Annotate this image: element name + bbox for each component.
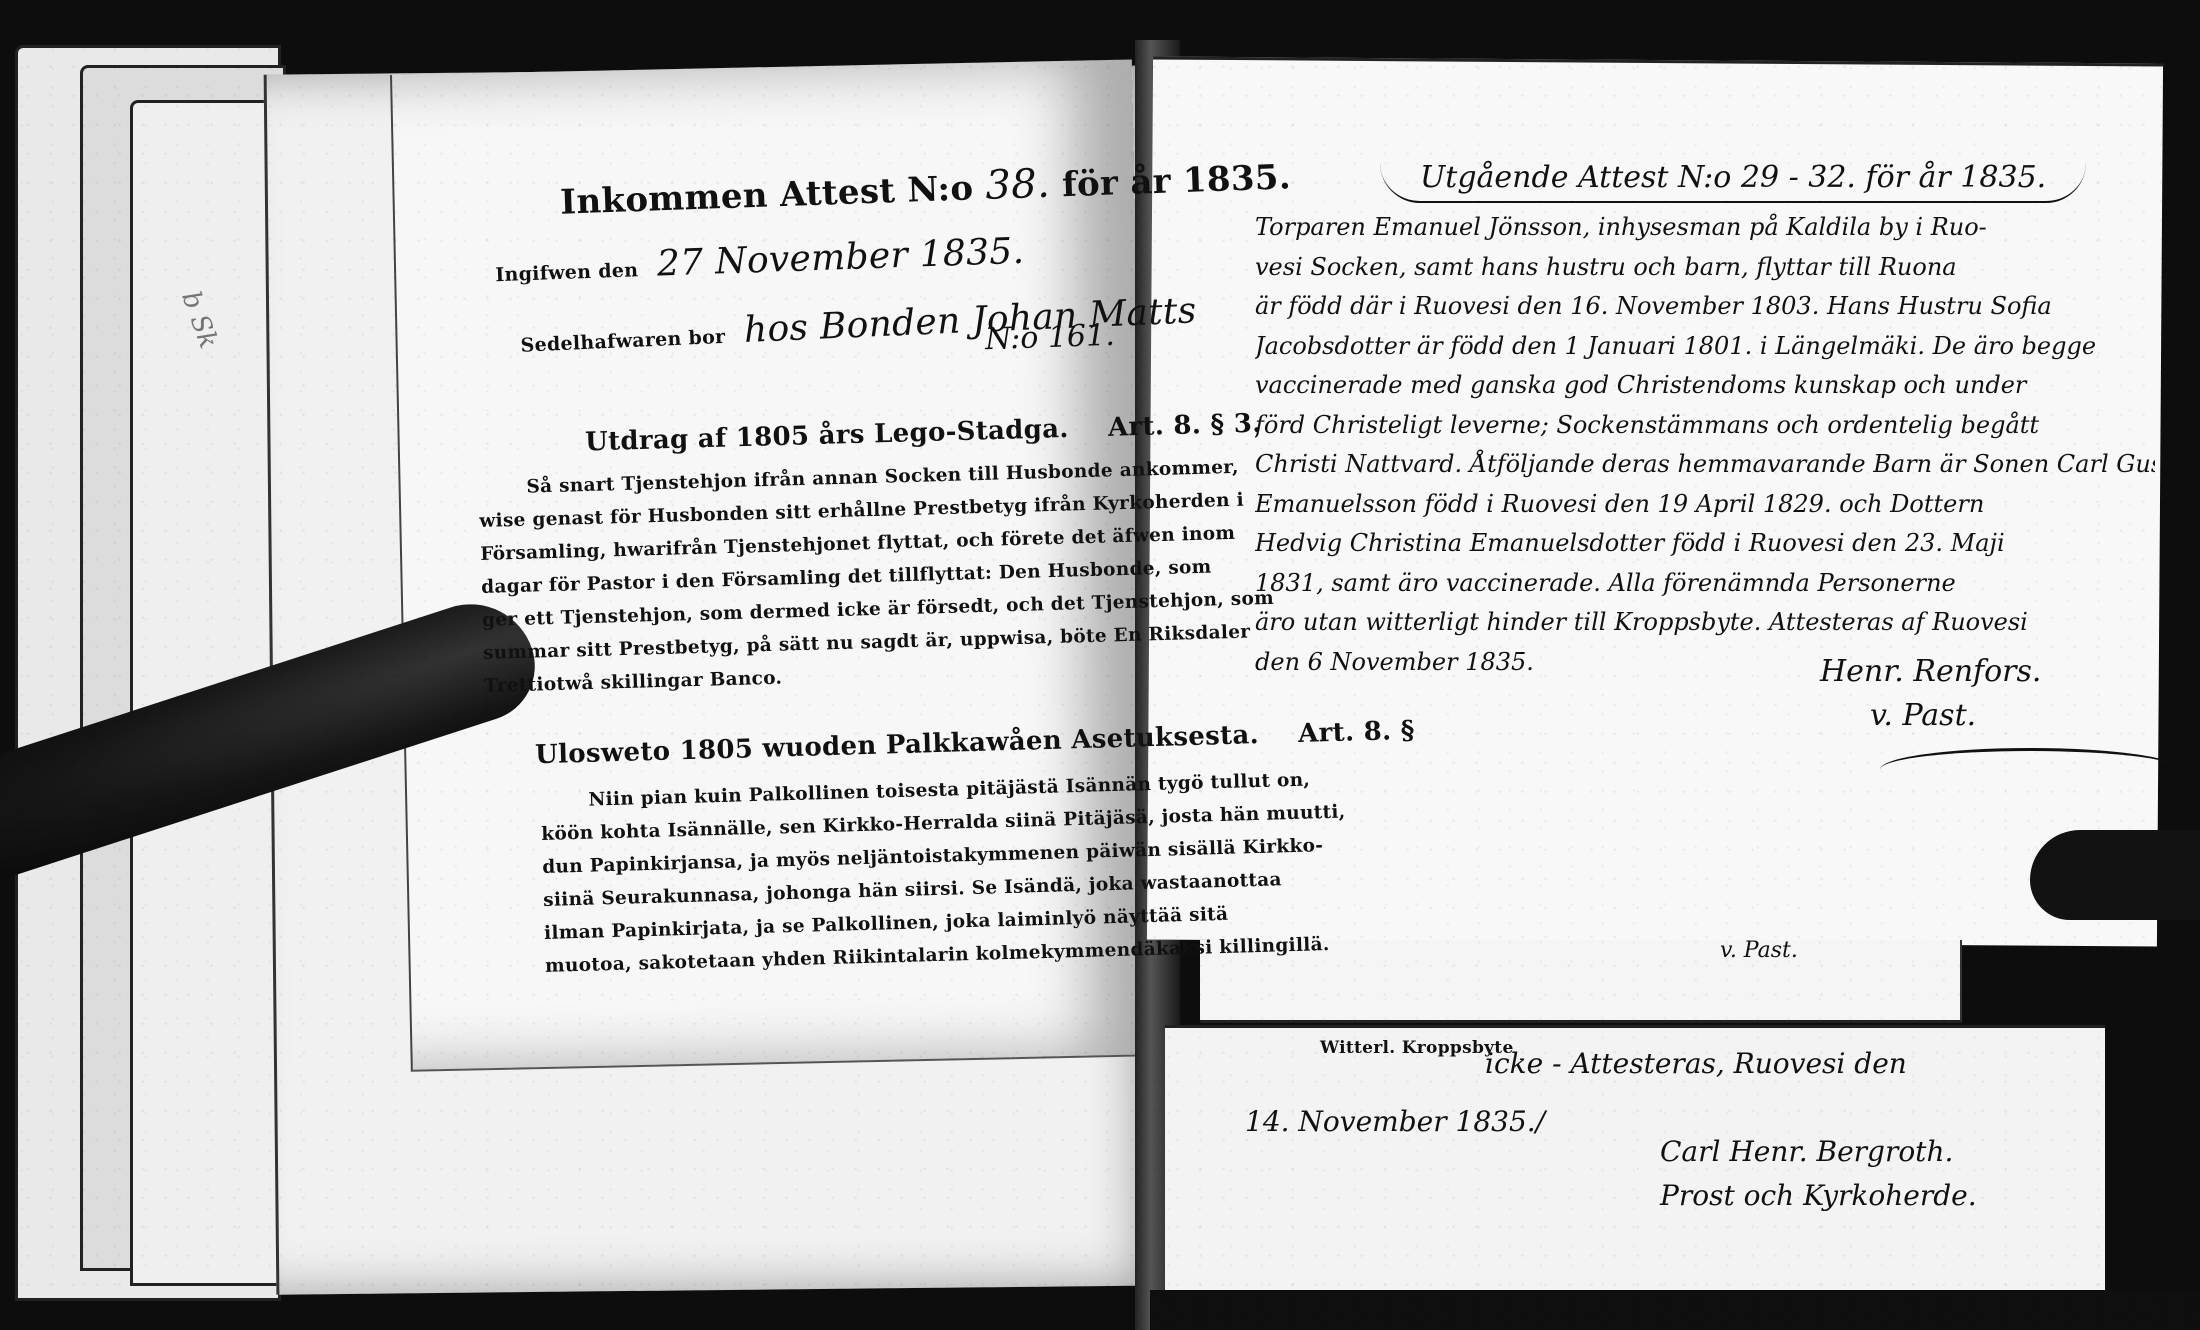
document-scan: b Sk Inkommen Attest N:o 38. för år 1835… (0, 0, 2200, 1330)
swedish-section-body: Så snart Tjenstehjon ifrån annan Socken … (478, 450, 1276, 703)
text-line: Emanuelsson född i Ruovesi den 19 April … (1255, 485, 2155, 525)
swedish-article: Art. 8. § 3. (1108, 409, 1262, 443)
text-line: Christi Nattvard. Åtföljande deras hemma… (1255, 445, 2155, 485)
text-line: vesi Socken, samt hans hustru och barn, … (1255, 248, 2155, 288)
form-title-year-label: för år (1061, 161, 1171, 205)
text-line: äro utan witterligt hinder till Kroppsby… (1255, 603, 2155, 643)
form-number: 38. (985, 161, 1051, 209)
finnish-article: Art. 8. § (1298, 716, 1415, 749)
text-line: vaccinerade med ganska god Christendoms … (1255, 366, 2155, 406)
scan-background (1150, 1290, 2200, 1330)
text-line: 1831, samt äro vaccinerade. Alla förenäm… (1255, 564, 2155, 604)
house-number: N:o 161. (984, 318, 1115, 358)
signature-title: v. Past. (1820, 694, 2180, 738)
form-year: 1835. (1182, 157, 1291, 201)
holder-label: Sedelhafwaren bor (520, 326, 726, 357)
received-label: Ingifwen den (495, 259, 639, 286)
text-line: Jacobsdotter är född den 1 Januari 1801.… (1255, 327, 2155, 367)
finger-holding-page-right (2030, 830, 2200, 920)
outgoing-certificate-heading: Utgående Attest N:o 29 - 32. för år 1835… (1380, 160, 2086, 203)
outgoing-certificate-body: Torparen Emanuel Jönsson, inhysesman på … (1255, 208, 2155, 682)
signature-flourish (1880, 748, 2180, 791)
text-line: förd Christeligt leverne; Sockenstämmans… (1255, 406, 2155, 446)
finnish-section-body: Niin pian kuin Palkollinen toisesta pitä… (540, 763, 1350, 983)
text-line: Hedvig Christina Emanuelsdotter född i R… (1255, 524, 2155, 564)
signature-name: Henr. Renfors. (1820, 650, 2180, 694)
slip-note: v. Past. (1720, 938, 1798, 963)
pastor-signature: Henr. Renfors. v. Past. (1820, 650, 2180, 791)
signer-name: Carl Henr. Bergroth. (1660, 1130, 1977, 1174)
dean-signature: Carl Henr. Bergroth. Prost och Kyrkoherd… (1660, 1130, 1977, 1218)
text-line: är född där i Ruovesi den 16. November 1… (1255, 287, 2155, 327)
text-line: Torparen Emanuel Jönsson, inhysesman på … (1255, 208, 2155, 248)
signer-title: Prost och Kyrkoherde. (1660, 1174, 1977, 1218)
certificate-text-line: icke - Attesteras, Ruovesi den (1245, 1035, 1907, 1093)
